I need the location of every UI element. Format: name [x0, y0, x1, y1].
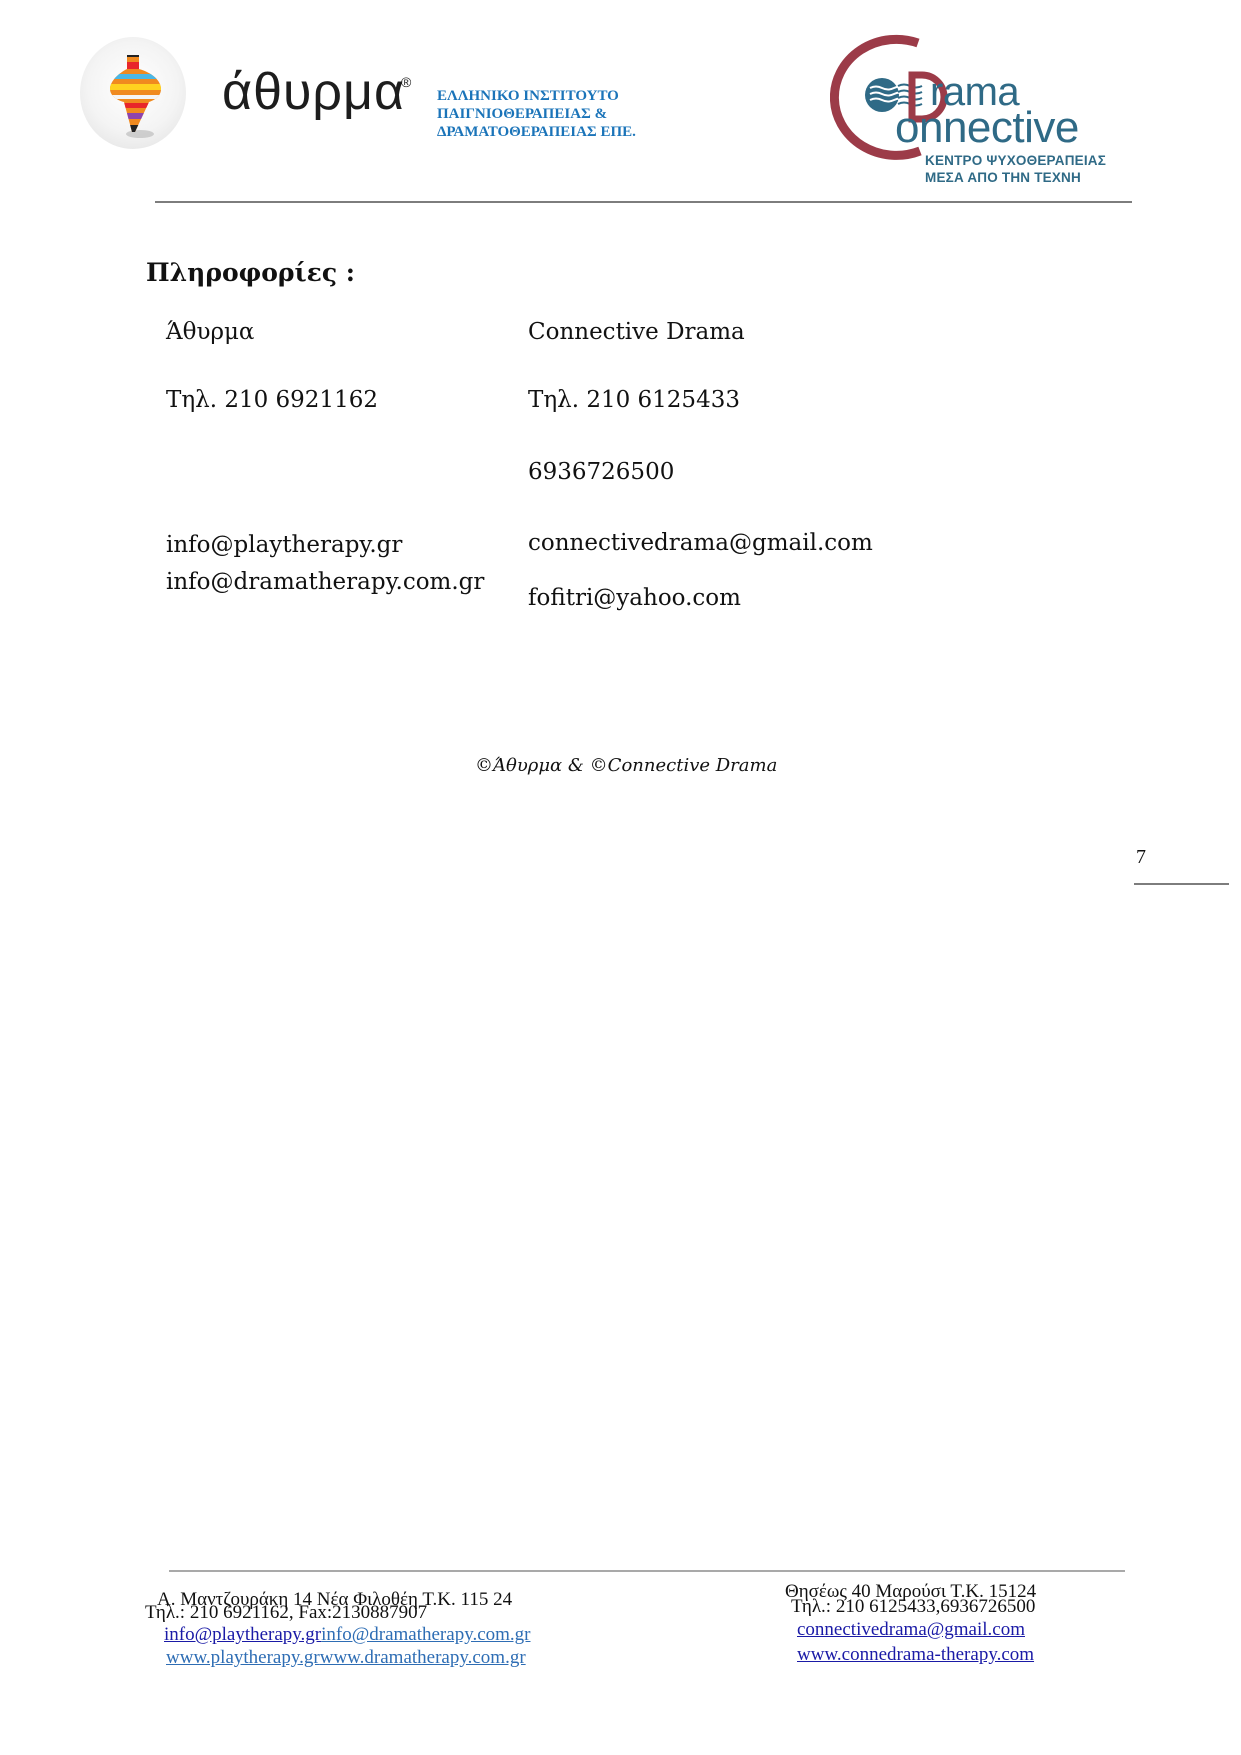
contact-mobile-connective-drama: 6936726500	[528, 458, 674, 486]
athyrma-wordmark: άθυρμα	[222, 62, 405, 122]
header-divider	[155, 201, 1132, 203]
contact-email-yahoo[interactable]: fofitri@yahoo.com	[528, 584, 741, 612]
contact-name-connective-drama: Connective Drama	[528, 318, 745, 346]
registered-mark: ®	[401, 74, 411, 90]
footer-phone-connective: Τηλ.: 210 6125433,6936726500	[791, 1597, 1035, 1617]
footer-divider	[169, 1570, 1125, 1572]
contact-name-athyrma: Άθυρμα	[166, 318, 254, 346]
contact-email-playtherapy[interactable]: info@playtherapy.gr	[166, 531, 402, 559]
footer-emails-athyrma: info@playtherapy.grinfo@dramatherapy.com…	[164, 1625, 531, 1645]
footer-web-playtherapy-link[interactable]: www.playtherapy.gr	[166, 1647, 320, 1668]
institute-line-2: ΠΑΙΓΝΙΟΘΕΡΑΠΕΙΑΣ &	[437, 105, 607, 123]
drama-connective-tagline-1: ΚΕΝΤΡΟ ΨΥΧΟΘΕΡΑΠΕΙΑΣ	[925, 153, 1106, 169]
page-heading: Πληροφορίες :	[146, 258, 355, 287]
footer-web-dramatherapy-link[interactable]: www.dramatherapy.com.gr	[320, 1647, 526, 1668]
footer-email-dramatherapy-link[interactable]: info@dramatherapy.com.gr	[321, 1624, 530, 1645]
footer-web-connedrama-link[interactable]: www.connedrama-therapy.com	[797, 1644, 1034, 1665]
contact-phone-athyrma: Τηλ. 210 6921162	[166, 386, 378, 414]
contact-email-gmail[interactable]: connectivedrama@gmail.com	[528, 529, 873, 557]
footer-email-playtherapy-link[interactable]: info@playtherapy.gr	[164, 1624, 321, 1645]
contact-phone-connective-drama: Τηλ. 210 6125433	[528, 386, 740, 414]
drama-connective-tagline-2: ΜΕΣΑ ΑΠΟ ΤΗΝ ΤΕΧΝΗ	[925, 170, 1081, 186]
page-number-rule	[1134, 883, 1229, 885]
footer-email-connective: connectivedrama@gmail.com	[797, 1620, 1025, 1640]
athyrma-logo-badge	[80, 37, 186, 149]
drama-connective-word-connective: onnective	[895, 104, 1079, 152]
spinning-top-icon	[80, 37, 186, 149]
institute-line-1: ΕΛΛΗΝΙΚΟ ΙΝΣΤΙΤΟΥΤΟ	[437, 87, 619, 105]
footer-web-connective: www.connedrama-therapy.com	[797, 1645, 1034, 1665]
footer-email-gmail-link[interactable]: connectivedrama@gmail.com	[797, 1619, 1025, 1640]
copyright-notice: ©Άθυρμα & ©Connective Drama	[475, 755, 777, 776]
institute-line-3: ΔΡΑΜΑΤΟΘΕΡΑΠΕΙΑΣ ΕΠΕ.	[437, 123, 636, 141]
contact-email-dramatherapy[interactable]: info@dramatherapy.com.gr	[166, 568, 484, 596]
page-number: 7	[1136, 846, 1146, 869]
footer-websites-athyrma: www.playtherapy.grwww.dramatherapy.com.g…	[166, 1648, 526, 1668]
footer-phone-fax-athyrma: Τηλ.: 210 6921162, Fax:2130887907	[145, 1603, 427, 1623]
